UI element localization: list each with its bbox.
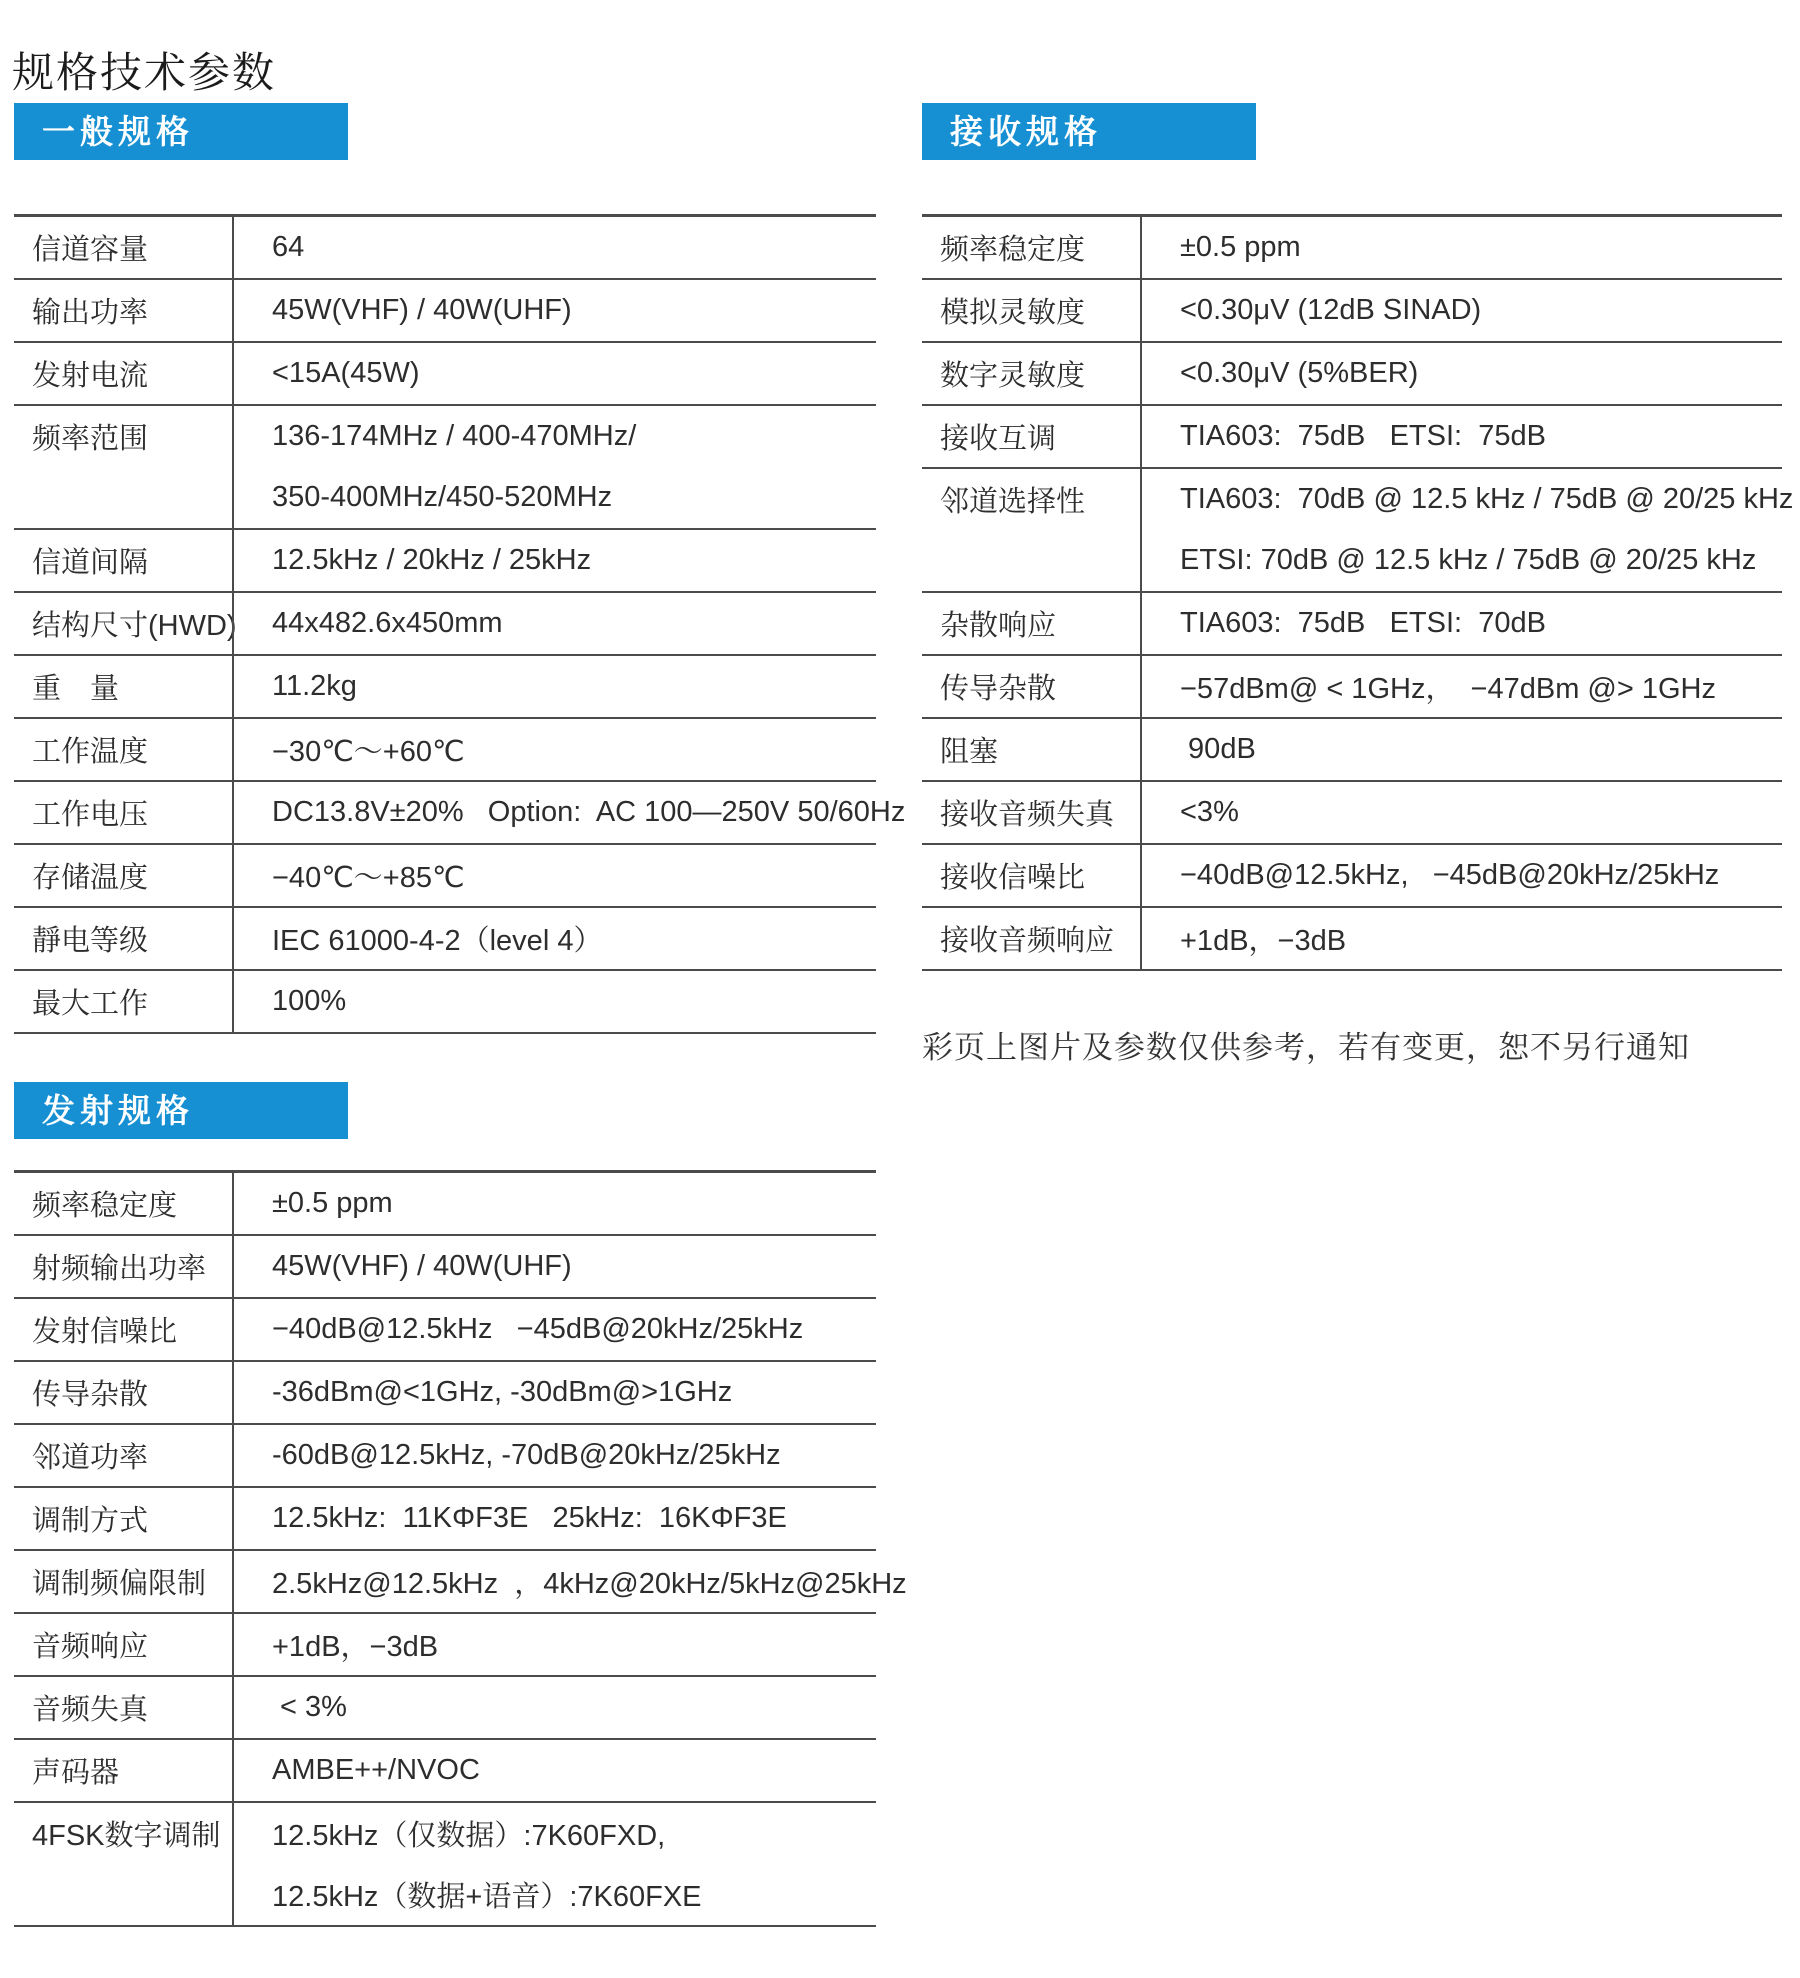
column-divider xyxy=(232,1173,234,1927)
spec-label: 传导杂散 xyxy=(14,1362,232,1423)
spec-value: DC13.8V±20% Option: AC 100—250V 50/60Hz xyxy=(232,782,876,843)
spec-value-line: -36dBm@<1GHz, -30dBm@>1GHz xyxy=(272,1362,876,1423)
spec-value: 90dB xyxy=(1140,719,1782,780)
spec-value: -60dB@12.5kHz, -70dB@20kHz/25kHz xyxy=(232,1425,876,1486)
spec-value-line: ±0.5 ppm xyxy=(1180,217,1782,278)
spec-label: 邻道选择性 xyxy=(922,469,1140,530)
spec-value: <0.30μV (5%BER) xyxy=(1140,343,1782,404)
spec-value: −57dBm@ < 1GHz， −47dBm @> 1GHz xyxy=(1140,656,1782,717)
spec-label: 杂散响应 xyxy=(922,593,1140,654)
disclaimer-note: 彩页上图片及参数仅供参考，若有变更，恕不另行通知 xyxy=(922,1022,1690,1067)
spec-value-line: 136-174MHz / 400-470MHz/ xyxy=(272,406,876,467)
spec-row: 阻塞 90dB xyxy=(922,719,1782,782)
spec-value-line: 2.5kHz@12.5kHz ，4kHz@20kHz/5kHz@25kHz xyxy=(272,1551,876,1612)
spec-value-line: 44x482.6x450mm xyxy=(272,593,876,654)
spec-row: 发射电流<15A(45W) xyxy=(14,343,876,406)
spec-row: 模拟灵敏度<0.30μV (12dB SINAD) xyxy=(922,280,1782,343)
spec-value-line: <3% xyxy=(1180,782,1782,843)
spec-label: 结构尺寸(HWD) xyxy=(14,593,232,654)
spec-row: 频率稳定度±0.5 ppm xyxy=(14,1173,876,1236)
spec-label: 输出功率 xyxy=(14,280,232,341)
spec-row: 4FSK数字调制12.5kHz（仅数据）:7K60FXD,12.5kHz（数据+… xyxy=(14,1803,876,1927)
spec-value: 45W(VHF) / 40W(UHF) xyxy=(232,1236,876,1297)
spec-value-line: 350-400MHz/450-520MHz xyxy=(272,467,876,528)
spec-value-line: -60dB@12.5kHz, -70dB@20kHz/25kHz xyxy=(272,1425,876,1486)
spec-row: 接收信噪比−40dB@12.5kHz, −45dB@20kHz/25kHz xyxy=(922,845,1782,908)
spec-row: 存储温度−40℃～+85℃ xyxy=(14,845,876,908)
spec-value-line: −30℃～+60℃ xyxy=(272,719,876,780)
spec-value: <0.30μV (12dB SINAD) xyxy=(1140,280,1782,341)
spec-value-line: <15A(45W) xyxy=(272,343,876,404)
spec-value: −40℃～+85℃ xyxy=(232,845,876,906)
spec-row: 声码器AMBE++/NVOC xyxy=(14,1740,876,1803)
spec-label: 接收信噪比 xyxy=(922,845,1140,906)
spec-label: 重 量 xyxy=(14,656,232,717)
spec-label: 工作温度 xyxy=(14,719,232,780)
spec-label: 模拟灵敏度 xyxy=(922,280,1140,341)
spec-label: 信道间隔 xyxy=(14,530,232,591)
spec-label: 传导杂散 xyxy=(922,656,1140,717)
spec-row: 杂散响应TIA603: 75dB ETSI: 70dB xyxy=(922,593,1782,656)
spec-row: 结构尺寸(HWD)44x482.6x450mm xyxy=(14,593,876,656)
spec-label: 调制频偏限制 xyxy=(14,1551,232,1612)
spec-value-line: +1dB，−3dB xyxy=(1180,908,1782,969)
spec-value: ±0.5 ppm xyxy=(1140,217,1782,278)
spec-value-line: ±0.5 ppm xyxy=(272,1173,876,1234)
spec-row: 邻道功率-60dB@12.5kHz, -70dB@20kHz/25kHz xyxy=(14,1425,876,1488)
spec-label: 频率范围 xyxy=(14,406,232,467)
spec-value: < 3% xyxy=(232,1677,876,1738)
spec-label: 接收音频响应 xyxy=(922,908,1140,969)
spec-row: 靜电等级IEC 61000-4-2（level 4） xyxy=(14,908,876,971)
spec-label: 频率稳定度 xyxy=(922,217,1140,278)
spec-value-line: 12.5kHz: 11KΦF3E 25kHz: 16KΦF3E xyxy=(272,1488,876,1549)
spec-label: 阻塞 xyxy=(922,719,1140,780)
spec-value-line: TIA603: 75dB ETSI: 75dB xyxy=(1180,406,1782,467)
spec-value: 44x482.6x450mm xyxy=(232,593,876,654)
spec-table-general: 信道容量64输出功率45W(VHF) / 40W(UHF)发射电流<15A(45… xyxy=(14,214,876,1034)
spec-row: 接收互调TIA603: 75dB ETSI: 75dB xyxy=(922,406,1782,469)
spec-label: 数字灵敏度 xyxy=(922,343,1140,404)
spec-value-line: −40℃～+85℃ xyxy=(272,845,876,906)
spec-row: 发射信噪比−40dB@12.5kHz −45dB@20kHz/25kHz xyxy=(14,1299,876,1362)
spec-value-line: TIA603: 75dB ETSI: 70dB xyxy=(1180,593,1782,654)
spec-value: 100% xyxy=(232,971,876,1032)
spec-label: 工作电压 xyxy=(14,782,232,843)
spec-row: 邻道选择性TIA603: 70dB @ 12.5 kHz / 75dB @ 20… xyxy=(922,469,1782,593)
spec-label: 靜电等级 xyxy=(14,908,232,969)
spec-value-line: 45W(VHF) / 40W(UHF) xyxy=(272,280,876,341)
spec-label: 存储温度 xyxy=(14,845,232,906)
spec-row: 信道容量64 xyxy=(14,217,876,280)
spec-row: 接收音频响应+1dB，−3dB xyxy=(922,908,1782,971)
spec-value: ±0.5 ppm xyxy=(232,1173,876,1234)
spec-value: 2.5kHz@12.5kHz ，4kHz@20kHz/5kHz@25kHz xyxy=(232,1551,876,1612)
spec-label: 声码器 xyxy=(14,1740,232,1801)
spec-label: 射频输出功率 xyxy=(14,1236,232,1297)
spec-value: 64 xyxy=(232,217,876,278)
spec-row: 重 量11.2kg xyxy=(14,656,876,719)
spec-label: 频率稳定度 xyxy=(14,1173,232,1234)
spec-label: 发射电流 xyxy=(14,343,232,404)
spec-value: +1dB，−3dB xyxy=(1140,908,1782,969)
spec-row: 信道间隔12.5kHz / 20kHz / 25kHz xyxy=(14,530,876,593)
spec-row: 频率稳定度±0.5 ppm xyxy=(922,217,1782,280)
spec-value: <3% xyxy=(1140,782,1782,843)
spec-row: 音频失真 < 3% xyxy=(14,1677,876,1740)
spec-row: 传导杂散−57dBm@ < 1GHz， −47dBm @> 1GHz xyxy=(922,656,1782,719)
spec-value-line: DC13.8V±20% Option: AC 100—250V 50/60Hz xyxy=(272,782,876,843)
spec-value: 12.5kHz（仅数据）:7K60FXD,12.5kHz（数据+语音）:7K60… xyxy=(232,1803,876,1925)
spec-value: TIA603: 75dB ETSI: 70dB xyxy=(1140,593,1782,654)
spec-row: 频率范围136-174MHz / 400-470MHz/350-400MHz/4… xyxy=(14,406,876,530)
spec-value: TIA603: 70dB @ 12.5 kHz / 75dB @ 20/25 k… xyxy=(1140,469,1782,591)
section-header-general: 一般规格 xyxy=(14,103,348,160)
spec-value: AMBE++/NVOC xyxy=(232,1740,876,1801)
spec-row: 数字灵敏度<0.30μV (5%BER) xyxy=(922,343,1782,406)
section-header-receive: 接收规格 xyxy=(922,103,1256,160)
spec-label: 调制方式 xyxy=(14,1488,232,1549)
spec-label: 音频失真 xyxy=(14,1677,232,1738)
column-divider xyxy=(232,217,234,1034)
spec-value: −40dB@12.5kHz, −45dB@20kHz/25kHz xyxy=(1140,845,1782,906)
spec-row: 射频输出功率45W(VHF) / 40W(UHF) xyxy=(14,1236,876,1299)
spec-label: 接收互调 xyxy=(922,406,1140,467)
spec-value: TIA603: 75dB ETSI: 75dB xyxy=(1140,406,1782,467)
spec-value-line: <0.30μV (5%BER) xyxy=(1180,343,1782,404)
spec-table-receive: 频率稳定度±0.5 ppm模拟灵敏度<0.30μV (12dB SINAD)数字… xyxy=(922,214,1782,971)
spec-label: 最大工作 xyxy=(14,971,232,1032)
spec-row: 工作电压DC13.8V±20% Option: AC 100—250V 50/6… xyxy=(14,782,876,845)
spec-value-line: 90dB xyxy=(1180,719,1782,780)
spec-value: −40dB@12.5kHz −45dB@20kHz/25kHz xyxy=(232,1299,876,1360)
spec-value-line: 11.2kg xyxy=(272,656,876,717)
spec-row: 输出功率45W(VHF) / 40W(UHF) xyxy=(14,280,876,343)
spec-label: 邻道功率 xyxy=(14,1425,232,1486)
spec-value-line: 100% xyxy=(272,971,876,1032)
spec-row: 调制方式12.5kHz: 11KΦF3E 25kHz: 16KΦF3E xyxy=(14,1488,876,1551)
spec-value-line: < 3% xyxy=(272,1677,876,1738)
spec-row: 传导杂散-36dBm@<1GHz, -30dBm@>1GHz xyxy=(14,1362,876,1425)
spec-value-line: <0.30μV (12dB SINAD) xyxy=(1180,280,1782,341)
spec-value-line: 12.5kHz / 20kHz / 25kHz xyxy=(272,530,876,591)
spec-value-line: +1dB，−3dB xyxy=(272,1614,876,1675)
spec-value-line: ETSI: 70dB @ 12.5 kHz / 75dB @ 20/25 kHz xyxy=(1180,530,1782,591)
spec-table-transmit: 频率稳定度±0.5 ppm射频输出功率45W(VHF) / 40W(UHF)发射… xyxy=(14,1170,876,1927)
spec-value: 12.5kHz / 20kHz / 25kHz xyxy=(232,530,876,591)
page-title: 规格技术参数 xyxy=(12,40,276,100)
spec-value-line: 12.5kHz（数据+语音）:7K60FXE xyxy=(272,1864,876,1925)
spec-value: <15A(45W) xyxy=(232,343,876,404)
spec-row: 工作温度−30℃～+60℃ xyxy=(14,719,876,782)
spec-value: 45W(VHF) / 40W(UHF) xyxy=(232,280,876,341)
spec-label: 音频响应 xyxy=(14,1614,232,1675)
spec-row: 调制频偏限制2.5kHz@12.5kHz ，4kHz@20kHz/5kHz@25… xyxy=(14,1551,876,1614)
spec-value: 136-174MHz / 400-470MHz/350-400MHz/450-5… xyxy=(232,406,876,528)
spec-value-line: 64 xyxy=(272,217,876,278)
spec-row: 音频响应+1dB，−3dB xyxy=(14,1614,876,1677)
column-divider xyxy=(1140,217,1142,971)
spec-value-line: 45W(VHF) / 40W(UHF) xyxy=(272,1236,876,1297)
spec-label: 发射信噪比 xyxy=(14,1299,232,1360)
spec-value-line: TIA603: 70dB @ 12.5 kHz / 75dB @ 20/25 k… xyxy=(1180,469,1782,530)
spec-value: 12.5kHz: 11KΦF3E 25kHz: 16KΦF3E xyxy=(232,1488,876,1549)
spec-value: IEC 61000-4-2（level 4） xyxy=(232,908,876,969)
spec-value: -36dBm@<1GHz, -30dBm@>1GHz xyxy=(232,1362,876,1423)
spec-value: 11.2kg xyxy=(232,656,876,717)
spec-label: 信道容量 xyxy=(14,217,232,278)
spec-label: 4FSK数字调制 xyxy=(14,1803,232,1864)
spec-value: −30℃～+60℃ xyxy=(232,719,876,780)
spec-label: 接收音频失真 xyxy=(922,782,1140,843)
section-header-transmit: 发射规格 xyxy=(14,1082,348,1139)
spec-value-line: IEC 61000-4-2（level 4） xyxy=(272,908,876,969)
spec-row: 接收音频失真<3% xyxy=(922,782,1782,845)
spec-value-line: −40dB@12.5kHz −45dB@20kHz/25kHz xyxy=(272,1299,876,1360)
spec-row: 最大工作100% xyxy=(14,971,876,1034)
spec-value-line: −40dB@12.5kHz, −45dB@20kHz/25kHz xyxy=(1180,845,1782,906)
spec-value-line: AMBE++/NVOC xyxy=(272,1740,876,1801)
spec-value-line: 12.5kHz（仅数据）:7K60FXD, xyxy=(272,1803,876,1864)
spec-value: +1dB，−3dB xyxy=(232,1614,876,1675)
spec-value-line: −57dBm@ < 1GHz， −47dBm @> 1GHz xyxy=(1180,656,1782,717)
